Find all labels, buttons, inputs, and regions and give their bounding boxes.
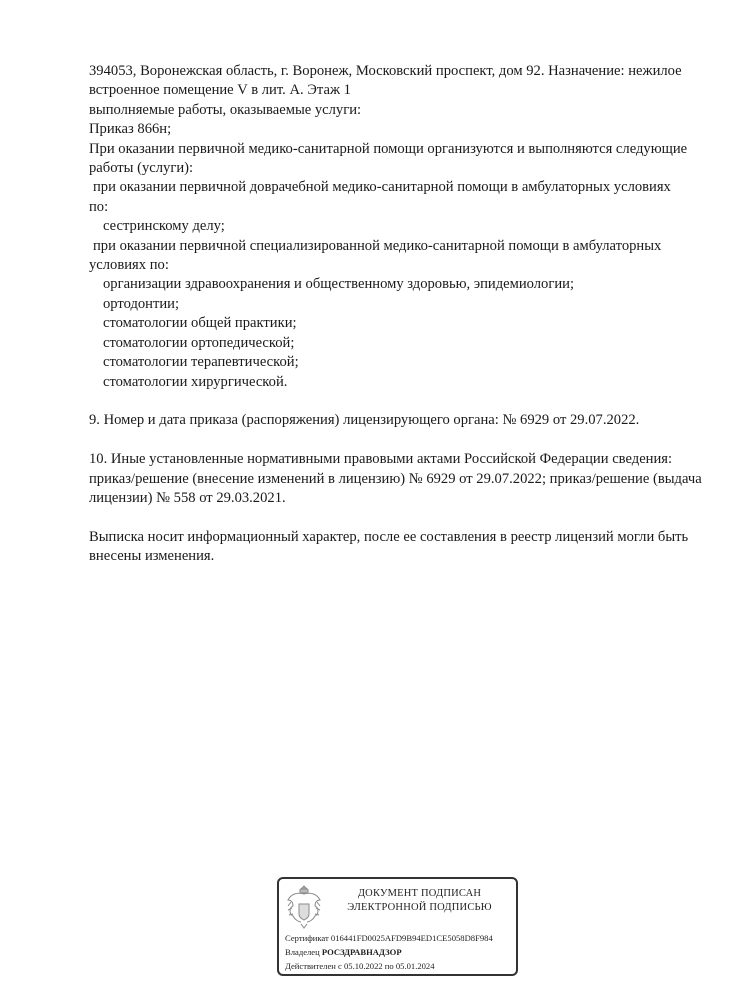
disclaimer-line-2: внесены изменения. [89,547,719,566]
owner-value: РОСЗДРАВНАДЗОР [322,947,402,957]
address-line-1: 394053, Воронежская область, г. Воронеж,… [89,62,719,81]
section2-item: стоматологии хирургической. [89,373,719,392]
validity-row: Действителен с 05.10.2022 по 05.01.2024 [285,959,493,973]
document-body: 394053, Воронежская область, г. Воронеж,… [89,62,719,567]
section2-header-1: при оказании первичной специализированно… [89,237,719,256]
coat-of-arms-icon [285,884,323,930]
intro-line-2: работы (услуги): [89,159,719,178]
section1-header-1: при оказании первичной доврачебной медик… [89,178,719,197]
e-signature-stamp: ДОКУМЕНТ ПОДПИСАН ЭЛЕКТРОННОЙ ПОДПИСЬЮ С… [277,877,518,976]
order-ref: Приказ 866н; [89,120,719,139]
intro-line-1: При оказании первичной медико-санитарной… [89,140,719,159]
stamp-title: ДОКУМЕНТ ПОДПИСАН ЭЛЕКТРОННОЙ ПОДПИСЬЮ [327,887,512,915]
item-10-line-3: лицензии) № 558 от 29.03.2021. [89,489,719,508]
item-9: 9. Номер и дата приказа (распоряжения) л… [89,411,719,430]
section2-item: стоматологии общей практики; [89,314,719,333]
works-label: выполняемые работы, оказываемые услуги: [89,101,719,120]
section2-item: ортодонтии; [89,295,719,314]
section2-item: организации здравоохранения и общественн… [89,275,719,294]
section1-header-2: по: [89,198,719,217]
certificate-value: 016441FD0025AFD9B94ED1CE5058D8F984 [331,933,493,943]
address-line-2: встроенное помещение V в лит. А. Этаж 1 [89,81,719,100]
section1-item: сестринскому делу; [89,217,719,236]
section2-item: стоматологии ортопедической; [89,334,719,353]
owner-row: Владелец РОСЗДРАВНАДЗОР [285,945,493,959]
item-10-line-1: 10. Иные установленные нормативными прав… [89,450,719,469]
certificate-row: Сертификат 016441FD0025AFD9B94ED1CE5058D… [285,931,493,945]
disclaimer-line-1: Выписка носит информационный характер, п… [89,528,719,547]
section2-item: стоматологии терапевтической; [89,353,719,372]
item-10-line-2: приказ/решение (внесение изменений в лиц… [89,470,719,489]
stamp-info: Сертификат 016441FD0025AFD9B94ED1CE5058D… [285,931,493,973]
section2-header-2: условиях по: [89,256,719,275]
